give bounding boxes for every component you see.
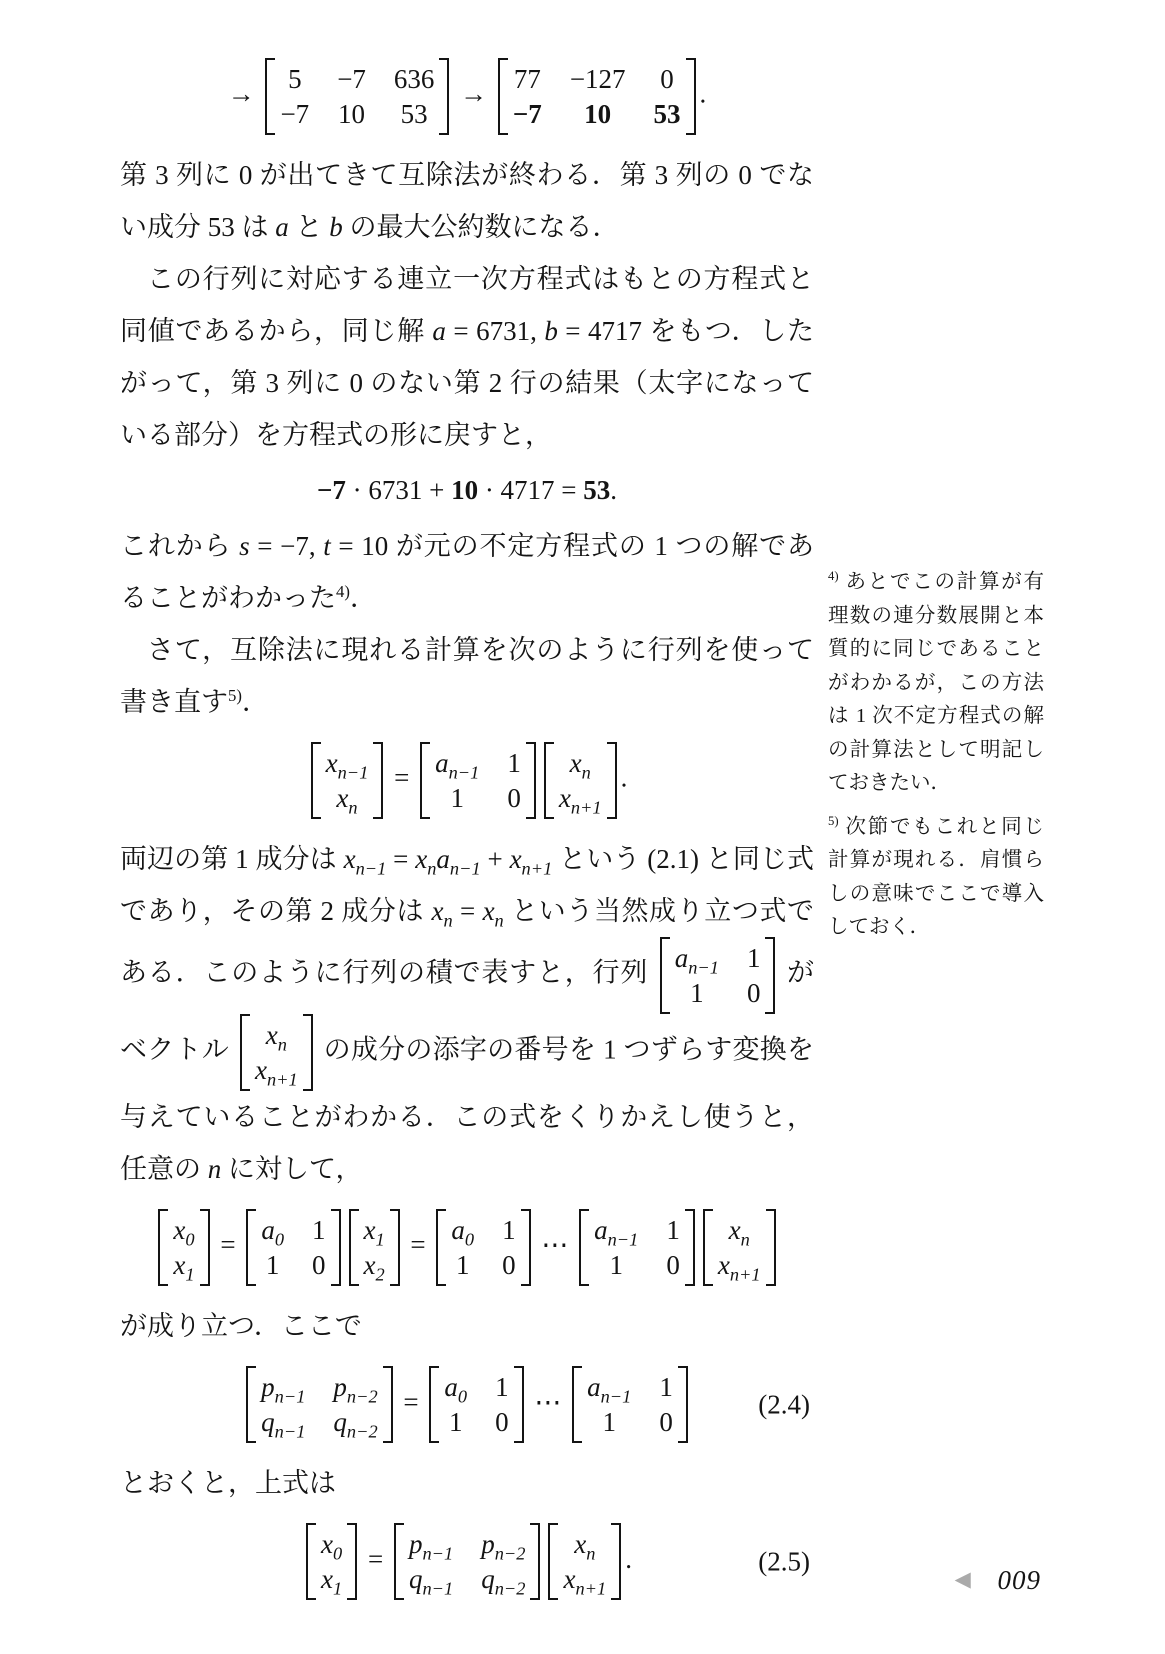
text-run: が成り立つ．ここで <box>120 1311 362 1341</box>
matrix-cell: −7 <box>278 99 311 129</box>
text-run: n <box>348 797 357 817</box>
matrix-cell: 0 <box>657 1407 675 1437</box>
text-run: 0 <box>660 64 674 94</box>
text-run: x <box>570 748 582 778</box>
text-run: n <box>586 1543 595 1563</box>
matrix-cell: pn−2 <box>331 1372 379 1402</box>
text-run: x <box>431 896 443 926</box>
text-run: x <box>559 783 571 813</box>
text-run: 4) <box>336 582 350 601</box>
text-run: → <box>453 79 494 109</box>
matrix-cell: xn+1 <box>561 1564 608 1594</box>
matrix-cell: 77 <box>511 64 544 94</box>
text-run: ⋯ <box>528 1387 569 1417</box>
footnote-5: 5) 次節でもこれと同じ計算が現れる．肩慣らしの意味でここで導入しておく． <box>828 811 1044 945</box>
text-run: n−1 <box>356 858 387 878</box>
text-run: . <box>621 763 628 793</box>
matrix-cell: an−1 <box>673 943 721 973</box>
text-run: x <box>510 844 522 874</box>
text-run: 0 <box>458 1386 467 1406</box>
equation-matrix-reduction: → 5−7636−71053 → 77−1270−71053. <box>120 58 814 135</box>
text-run: 両辺の第 1 成分は <box>120 844 344 874</box>
text-run: 1 <box>659 1372 673 1402</box>
text-run: 1 <box>185 1264 194 1284</box>
matrix-cell: xn <box>253 1020 300 1050</box>
text-run: 1 <box>449 1407 463 1437</box>
matrix-cell: 10 <box>568 99 628 129</box>
matrix-cell: 1 <box>664 1215 682 1245</box>
equation-2-5: x0x1 = pn−1pn−2qn−1qn−2xnxn+1. (2.5) <box>120 1523 814 1600</box>
text-run: 0 <box>185 1229 194 1249</box>
text-run: n <box>278 1034 287 1054</box>
text-run: a <box>275 212 289 242</box>
text-run: p <box>481 1529 495 1559</box>
matrix-cell: 0 <box>664 1250 682 1280</box>
text-run: n+1 <box>575 1578 606 1598</box>
matrix-cell: 1 <box>585 1407 633 1437</box>
matrix-cell: an−1 <box>433 748 481 778</box>
text-run: = 4717 <box>558 316 642 346</box>
matrix-cell: a0 <box>442 1372 469 1402</box>
matrix: xnxn+1 <box>703 1209 776 1286</box>
text-run: 1 <box>507 748 521 778</box>
text-run: = <box>397 1387 426 1417</box>
text-run: 10 <box>338 99 365 129</box>
matrix-cell: 1 <box>259 1250 286 1280</box>
text-run: −7 <box>317 475 346 505</box>
paragraph-rewrite-with-matrices: さて，互除法に現れる計算を次のように行列を使って書き直す5)． <box>120 624 814 728</box>
matrix-cell: 0 <box>745 978 763 1008</box>
matrix-cell: an−1 <box>585 1372 633 1402</box>
matrix: an−1110 <box>660 937 776 1014</box>
matrix-cell: xn <box>324 783 371 813</box>
matrix-cell: x1 <box>362 1215 387 1245</box>
matrix-cell: 1 <box>493 1372 511 1402</box>
text-run: b <box>544 316 558 346</box>
matrix-cell: 1 <box>442 1407 469 1437</box>
text-run: = 10 <box>331 531 388 561</box>
text-run: = 6731, <box>446 316 544 346</box>
text-run: + <box>481 844 510 874</box>
text-run: x <box>364 1215 376 1245</box>
matrix-cell: −7 <box>511 99 544 129</box>
text-run: 0 <box>275 1229 284 1249</box>
matrix-cell: 0 <box>652 64 683 94</box>
text-run: 0 <box>465 1229 474 1249</box>
text-run: . <box>610 475 617 505</box>
matrix-cell: 53 <box>392 99 437 129</box>
matrix: xnxn+1 <box>548 1523 621 1600</box>
text-run: = <box>361 1544 390 1574</box>
matrix-cell: a0 <box>449 1215 476 1245</box>
matrix-cell: qn−2 <box>331 1407 379 1437</box>
text-run: 10 <box>584 99 611 129</box>
text-run: さて，互除法に現れる計算を次のように行列を使って書き直す <box>120 635 814 717</box>
text-run: −7 <box>513 99 542 129</box>
text-run: n−1 <box>422 1578 453 1598</box>
paragraph-solution: これから s = −7, t = 10 が元の不定方程式の 1 つの解であること… <box>120 520 814 624</box>
text-run: b <box>329 212 343 242</box>
matrix: pn−1pn−2qn−1qn−2 <box>246 1366 393 1443</box>
text-run: 77 <box>514 64 541 94</box>
matrix: a0110 <box>246 1209 340 1286</box>
text-run: 5) <box>228 686 242 705</box>
text-run: 0 <box>659 1407 673 1437</box>
text-run: x <box>574 1529 586 1559</box>
text-run: n <box>495 910 504 930</box>
text-run: a <box>444 1372 458 1402</box>
text-run: 1 <box>266 1250 280 1280</box>
matrix-cell: 0 <box>493 1407 511 1437</box>
matrix-cell: 1 <box>657 1372 675 1402</box>
text-run: . <box>700 79 707 109</box>
matrix: xnxn+1 <box>240 1014 313 1091</box>
matrix-cell: a0 <box>259 1215 286 1245</box>
text-run: n−1 <box>338 762 369 782</box>
matrix-cell: an−1 <box>592 1215 640 1245</box>
matrix-cell: qn−1 <box>259 1407 307 1437</box>
text-run: q <box>481 1564 495 1594</box>
text-run: 1 <box>690 978 704 1008</box>
text-run: x <box>563 1564 575 1594</box>
matrix-cell: 1 <box>500 1215 518 1245</box>
matrix-cell: 1 <box>433 783 481 813</box>
text-run: = <box>453 896 483 926</box>
text-run: n−1 <box>422 1543 453 1563</box>
text-run: 1 <box>312 1215 326 1245</box>
footnotes-column: 4) あとでこの計算が有理数の連分数展開と本質的に同じであることがわかるが，この… <box>828 566 1044 955</box>
text-run: q <box>409 1564 423 1594</box>
equation-tag: (2.5) <box>758 1546 810 1577</box>
text-run: 0 <box>502 1250 516 1280</box>
text-run: 0 <box>333 1543 342 1563</box>
text-run: ． <box>350 583 377 613</box>
equation-body: x0x1 = pn−1pn−2qn−1qn−2xnxn+1. <box>302 1544 632 1574</box>
matrix-cell: −7 <box>335 64 368 94</box>
matrix-cell: xn+1 <box>253 1055 300 1085</box>
text-run: −7 <box>337 64 366 94</box>
text-run: x <box>344 844 356 874</box>
text-run: = −7, <box>250 531 324 561</box>
text-run: x <box>729 1215 741 1245</box>
matrix-cell: xn <box>561 1529 608 1559</box>
text-run: 1 <box>450 783 464 813</box>
matrix-cell: 10 <box>335 99 368 129</box>
matrix-cell: xn+1 <box>557 783 604 813</box>
main-column: → 5−7636−71053 → 77−1270−71053. 第 3 列に 0… <box>120 44 814 1614</box>
text-run: 1 <box>747 943 761 973</box>
matrix: a0110 <box>436 1209 530 1286</box>
text-run: 53 <box>654 99 681 129</box>
text-run: q <box>261 1407 275 1437</box>
text-run: a <box>432 316 446 346</box>
text-run: 53 <box>401 99 428 129</box>
text-run: a <box>594 1215 608 1245</box>
text-run: に対して， <box>221 1154 362 1184</box>
paragraph-holds-here: が成り立つ．ここで <box>120 1300 814 1352</box>
text-run: a <box>451 1215 465 1245</box>
matrix-cell: xn+1 <box>716 1250 763 1280</box>
text-run: あとでこの計算が有理数の連分数展開と本質的に同じであることがわかるが，この方法は… <box>828 571 1044 794</box>
paragraph-gcd-result: 第 3 列に 0 が出てきて互除法が終わる．第 3 列の 0 でない成分 53 … <box>120 149 814 253</box>
text-run: n−2 <box>347 1421 378 1441</box>
text-run: x <box>255 1055 267 1085</box>
prev-page-icon: ◀ <box>955 1567 971 1591</box>
text-run: 5) <box>828 814 839 828</box>
text-run: n <box>582 762 591 782</box>
equation-matrix-chain: x0x1 = a0110x1x2 = a0110 ⋯ an−1110xnxn+1 <box>120 1209 814 1286</box>
page-footer: ◀ 009 <box>955 1565 1041 1596</box>
text-run: 1 <box>456 1250 470 1280</box>
matrix: a0110 <box>429 1366 523 1443</box>
text-run: これから <box>120 531 239 561</box>
matrix-cell: 1 <box>505 748 523 778</box>
text-run: x <box>321 1529 333 1559</box>
matrix-cell: xn <box>557 748 604 778</box>
matrix-cell: xn−1 <box>324 748 371 778</box>
matrix-cell: x1 <box>319 1564 344 1594</box>
text-run: 53 <box>583 475 610 505</box>
text-run: n−2 <box>347 1386 378 1406</box>
text-run: n−1 <box>275 1386 306 1406</box>
text-run: p <box>409 1529 423 1559</box>
text-run: x <box>336 783 348 813</box>
text-run: = <box>387 763 416 793</box>
text-run: q <box>333 1407 347 1437</box>
matrix: xn−1xn <box>311 742 384 819</box>
matrix-cell: 0 <box>500 1250 518 1280</box>
text-run: a <box>675 943 689 973</box>
text-run: 1 <box>609 1250 623 1280</box>
text-run: 0 <box>495 1407 509 1437</box>
text-run: = <box>386 844 415 874</box>
matrix-cell: x1 <box>171 1250 196 1280</box>
text-run: の最大公約数になる． <box>343 212 620 242</box>
matrix-cell: 636 <box>392 64 437 94</box>
matrix-cell: x2 <box>362 1250 387 1280</box>
matrix-cell: x0 <box>171 1215 196 1245</box>
equation-2-4: pn−1pn−2qn−1qn−2 = a0110 ⋯ an−1110 (2.4) <box>120 1366 814 1443</box>
paragraph-then: とおくと，上式は <box>120 1457 814 1509</box>
text-run: a <box>436 844 450 874</box>
text-run: = <box>214 1230 243 1260</box>
text-run: n+1 <box>730 1264 761 1284</box>
paragraph-components: 両辺の第 1 成分は xn−1 = xnan−1 + xn+1 という (2.1… <box>120 833 814 1195</box>
text-run: n <box>443 910 452 930</box>
text-run: p <box>261 1372 275 1402</box>
text-run: x <box>266 1020 278 1050</box>
equation-index-shift: xn−1xn = an−1110xnxn+1. <box>120 742 814 819</box>
matrix-cell: qn−1 <box>407 1564 455 1594</box>
text-run: · 4717 = <box>478 475 583 505</box>
text-run: a <box>435 748 449 778</box>
matrix-cell: 0 <box>310 1250 328 1280</box>
text-run: n−1 <box>275 1421 306 1441</box>
matrix-cell: 5 <box>278 64 311 94</box>
text-run: x <box>173 1215 185 1245</box>
text-run: n <box>208 1154 222 1184</box>
text-run: 1 <box>333 1578 342 1598</box>
text-run: 0 <box>312 1250 326 1280</box>
text-run: x <box>364 1250 376 1280</box>
text-run: 0 <box>666 1250 680 1280</box>
matrix: xnxn+1 <box>544 742 617 819</box>
matrix: an−1110 <box>420 742 536 819</box>
text-run: 1 <box>375 1229 384 1249</box>
text-run: 2 <box>375 1264 384 1284</box>
matrix-cell: 0 <box>505 783 523 813</box>
matrix-cell: pn−2 <box>479 1529 527 1559</box>
text-run: → <box>228 79 262 109</box>
text-run: x <box>326 748 338 778</box>
footnote-4: 4) あとでこの計算が有理数の連分数展開と本質的に同じであることがわかるが，この… <box>828 566 1044 801</box>
text-run: 5 <box>288 64 302 94</box>
matrix: x0x1 <box>306 1523 357 1600</box>
text-run: とおくと，上式は <box>120 1468 336 1498</box>
text-run: 1 <box>495 1372 509 1402</box>
text-run: 1 <box>602 1407 616 1437</box>
text-run: 次節でもこれと同じ計算が現れる．肩慣らしの意味でここで導入しておく． <box>828 816 1044 939</box>
matrix-cell: 1 <box>592 1250 640 1280</box>
text-run: 1 <box>502 1215 516 1245</box>
text-run: 10 <box>451 475 478 505</box>
text-run: 0 <box>507 783 521 813</box>
text-run: . <box>625 1544 632 1574</box>
matrix: x1x2 <box>349 1209 400 1286</box>
text-run: n <box>741 1229 750 1249</box>
text-run: n−2 <box>495 1543 526 1563</box>
text-run: a <box>261 1215 275 1245</box>
matrix-cell: 1 <box>745 943 763 973</box>
equation-tag: (2.4) <box>758 1389 810 1420</box>
text-run: ． <box>242 687 269 717</box>
text-run: n−1 <box>608 1229 639 1249</box>
text-run: n−1 <box>688 957 719 977</box>
text-run: n−2 <box>495 1578 526 1598</box>
text-run: ⋯ <box>535 1230 576 1260</box>
text-run: と <box>289 212 330 242</box>
text-run: x <box>483 896 495 926</box>
matrix-cell: 1 <box>449 1250 476 1280</box>
text-run: −7 <box>280 99 309 129</box>
text-run: n−1 <box>450 858 481 878</box>
matrix-cell: 53 <box>652 99 683 129</box>
text-run: n−1 <box>449 762 480 782</box>
matrix: 5−7636−71053 <box>265 58 449 135</box>
matrix-cell: pn−1 <box>407 1529 455 1559</box>
matrix: an−1110 <box>579 1209 695 1286</box>
matrix-cell: 1 <box>310 1215 328 1245</box>
text-run: n−1 <box>601 1386 632 1406</box>
matrix-cell: xn <box>716 1215 763 1245</box>
text-run: s <box>239 531 250 561</box>
text-run: n+1 <box>522 858 553 878</box>
text-run: −127 <box>570 64 626 94</box>
matrix: an−1110 <box>572 1366 688 1443</box>
text-run: a <box>587 1372 601 1402</box>
text-run: 0 <box>747 978 761 1008</box>
text-run: 4) <box>828 569 839 583</box>
equation-linear-combination: −7 · 6731 + 10 · 4717 = 53. <box>120 475 814 506</box>
matrix-cell: qn−2 <box>479 1564 527 1594</box>
page-number: 009 <box>998 1565 1042 1595</box>
matrix: pn−1pn−2qn−1qn−2 <box>394 1523 541 1600</box>
text-run: x <box>173 1250 185 1280</box>
matrix: 77−1270−71053 <box>498 58 696 135</box>
matrix-cell: x0 <box>319 1529 344 1559</box>
text-run: n+1 <box>267 1069 298 1089</box>
text-run: · 6731 + <box>346 475 451 505</box>
matrix: x0x1 <box>158 1209 209 1286</box>
text-run: = <box>404 1230 433 1260</box>
text-run: p <box>333 1372 347 1402</box>
text-run: 636 <box>394 64 435 94</box>
text-run: 1 <box>666 1215 680 1245</box>
text-run: t <box>323 531 331 561</box>
text-run: x <box>718 1250 730 1280</box>
text-run: x <box>415 844 427 874</box>
equation-body: pn−1pn−2qn−1qn−2 = a0110 ⋯ an−1110 <box>242 1387 692 1417</box>
matrix-cell: 1 <box>673 978 721 1008</box>
matrix-cell: −127 <box>568 64 628 94</box>
matrix-cell: pn−1 <box>259 1372 307 1402</box>
paragraph-equivalent-system: この行列に対応する連立一次方程式はもとの方程式と同値であるから，同じ解 a = … <box>120 253 814 461</box>
text-run: n+1 <box>571 797 602 817</box>
text-run: x <box>321 1564 333 1594</box>
